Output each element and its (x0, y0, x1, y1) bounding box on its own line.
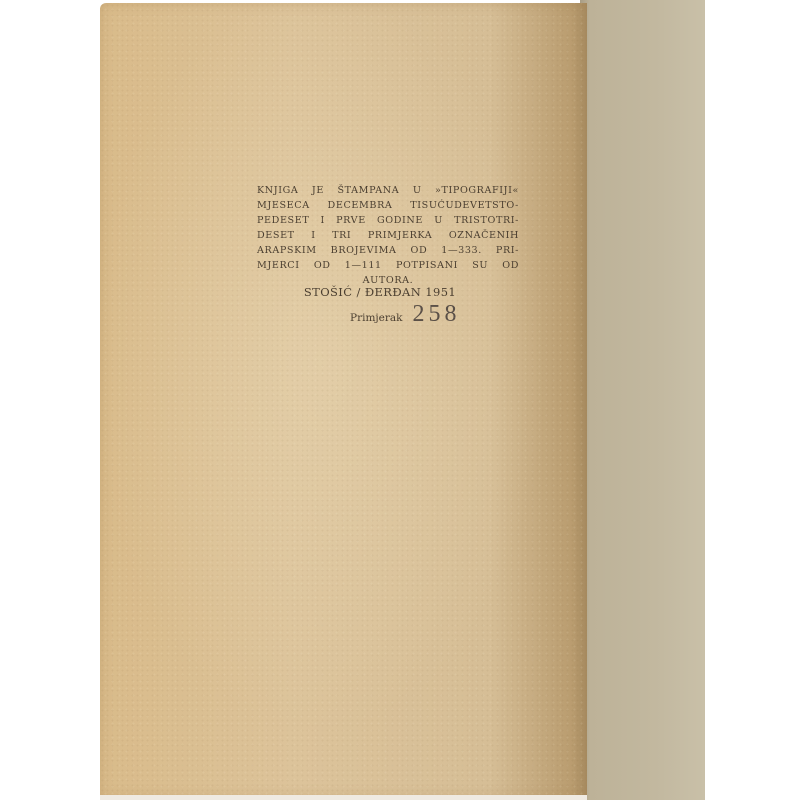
copy-number-stamp: 258 (413, 301, 461, 328)
colophon-line: DESET I TRI PRIMJERKA OZNAČENIH (257, 228, 519, 243)
colophon-line: ARAPSKIM BROJEVIMA OD 1—333. PRI- (257, 243, 519, 258)
colophon-line: MJERCI OD 1—111 POTPISANI SU OD (257, 258, 519, 273)
publisher-imprint: STOŠIĆ / ĐERĐAN 1951 (270, 285, 490, 299)
copy-number: Primjerak 258 (350, 301, 461, 328)
book-cover-board (580, 0, 705, 800)
colophon-line: KNJIGA JE ŠTAMPANA U »TIPOGRAFIJI« (257, 183, 519, 198)
colophon-text: KNJIGA JE ŠTAMPANA U »TIPOGRAFIJI« MJESE… (257, 183, 519, 288)
copy-label: Primjerak (350, 312, 403, 324)
colophon-line: MJESECA DECEMBRA TISUĆUDEVETSTO- (257, 198, 519, 213)
page-bottom-edge (100, 795, 587, 800)
colophon-line: PEDESET I PRVE GODINE U TRISTOTRI- (257, 213, 519, 228)
book-page: KNJIGA JE ŠTAMPANA U »TIPOGRAFIJI« MJESE… (100, 3, 587, 797)
